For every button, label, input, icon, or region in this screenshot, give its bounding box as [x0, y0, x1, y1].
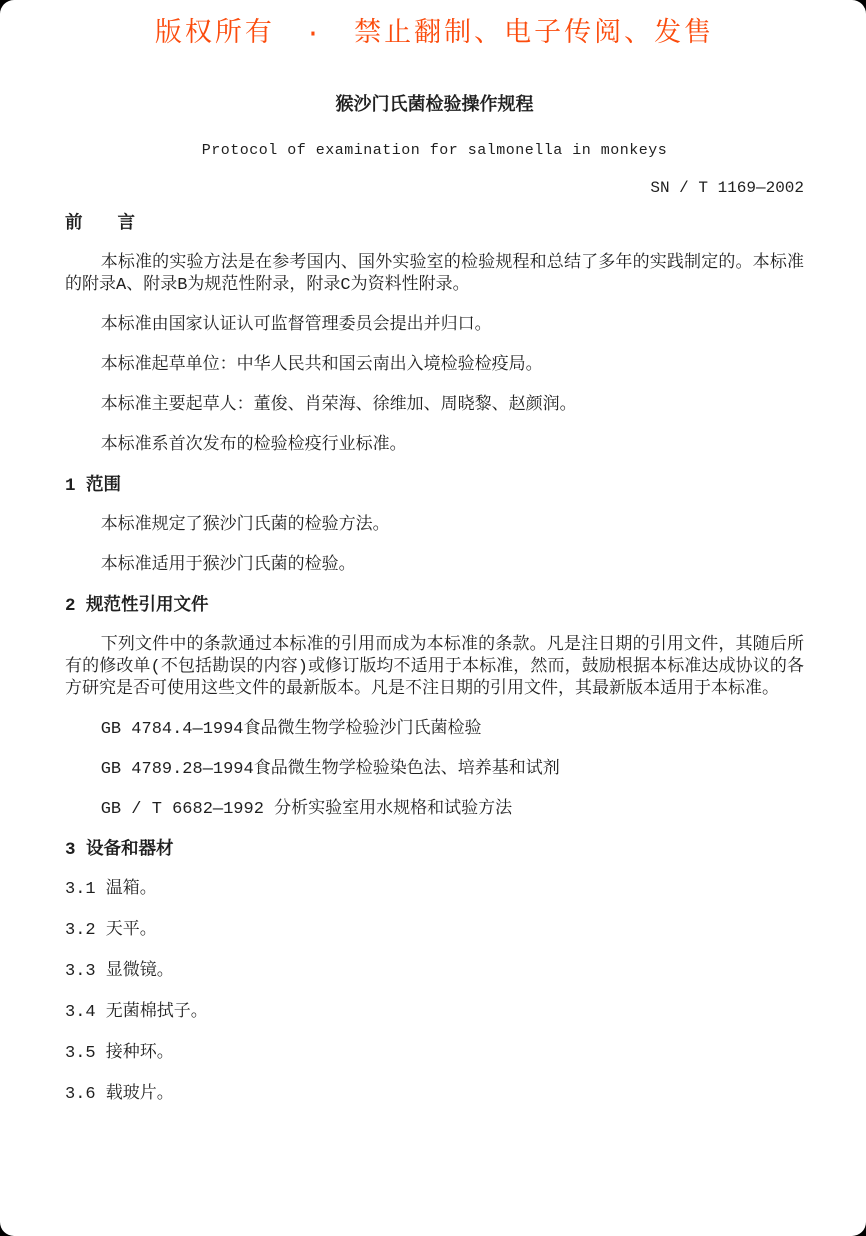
section-3-item-6: 3.6 载玻片。 — [65, 1084, 804, 1106]
section-2-paragraph-1: 下列文件中的条款通过本标准的引用而成为本标准的条款。凡是注日期的引用文件，其随后… — [65, 635, 804, 701]
section-1-heading: 1 范围 — [65, 475, 804, 497]
document-title-en: Protocol of examination for salmonella i… — [65, 140, 804, 162]
foreword-heading: 前 言 — [65, 213, 804, 235]
foreword-paragraph-4: 本标准主要起草人：董俊、肖荣海、徐维加、周晓黎、赵颜润。 — [65, 395, 804, 417]
foreword-paragraph-3: 本标准起草单位：中华人民共和国云南出入境检验检疫局。 — [65, 355, 804, 377]
section-2-reference-2: GB 4789.28—1994食品微生物学检验染色法、培养基和试剂 — [65, 759, 804, 781]
section-3-item-3: 3.3 显微镜。 — [65, 961, 804, 983]
section-1-paragraph-1: 本标准规定了猴沙门氏菌的检验方法。 — [65, 515, 804, 537]
document-page: 版权所有 · 禁止翻制、电子传阅、发售 猴沙门氏菌检验操作规程 Protocol… — [0, 0, 866, 1236]
section-2-reference-3: GB / T 6682—1992 分析实验室用水规格和试验方法 — [65, 799, 804, 821]
copyright-notice: 版权所有 · 禁止翻制、电子传阅、发售 — [65, 18, 804, 52]
section-3-heading: 3 设备和器材 — [65, 839, 804, 861]
section-3-item-5: 3.5 接种环。 — [65, 1043, 804, 1065]
foreword-paragraph-5: 本标准系首次发布的检验检疫行业标准。 — [65, 435, 804, 457]
document-title-zh: 猴沙门氏菌检验操作规程 — [65, 95, 804, 117]
foreword-paragraph-1: 本标准的实验方法是在参考国内、国外实验室的检验规程和总结了多年的实践制定的。本标… — [65, 253, 804, 297]
section-2-heading: 2 规范性引用文件 — [65, 595, 804, 617]
section-3-item-4: 3.4 无菌棉拭子。 — [65, 1002, 804, 1024]
foreword-paragraph-2: 本标准由国家认证认可监督管理委员会提出并归口。 — [65, 315, 804, 337]
standard-number: SN / T 1169—2002 — [65, 177, 804, 199]
section-2-reference-1: GB 4784.4—1994食品微生物学检验沙门氏菌检验 — [65, 719, 804, 741]
section-3-item-1: 3.1 温箱。 — [65, 879, 804, 901]
section-3-item-2: 3.2 天平。 — [65, 920, 804, 942]
section-1-paragraph-2: 本标准适用于猴沙门氏菌的检验。 — [65, 555, 804, 577]
